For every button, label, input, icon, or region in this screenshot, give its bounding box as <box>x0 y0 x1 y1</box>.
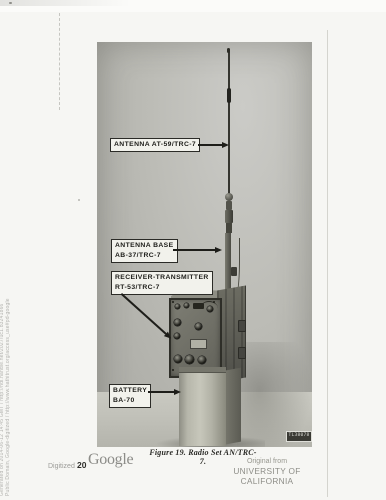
panel-knob <box>174 355 182 363</box>
side-latch <box>238 347 246 359</box>
antenna-tip <box>227 48 230 53</box>
panel-knob <box>195 323 202 330</box>
arrowhead-icon <box>222 142 229 148</box>
scan-speck <box>78 199 80 201</box>
margin-metadata-rights: Public Domain, Google-digitized / http:/… <box>5 298 11 496</box>
radio-front-panel <box>169 298 222 378</box>
scan-smudge <box>0 0 130 6</box>
scan-speck <box>9 2 12 4</box>
antenna-rod <box>228 52 230 196</box>
label-battery: BATTERY BA-70 <box>109 384 151 408</box>
scan-fold-line <box>59 13 60 110</box>
label-antenna-line1: ANTENNA AT-59/TRC-7 <box>114 140 196 150</box>
antenna-fitting <box>231 267 237 276</box>
panel-knob <box>174 319 181 326</box>
label-antenna-base: ANTENNA BASE AB-37/TRC-7 <box>111 239 178 263</box>
original-from-text: Original from <box>208 458 326 465</box>
page-edge-line <box>327 30 328 497</box>
label-receiver-line2: RT-53/TRC-7 <box>115 283 209 293</box>
battery-side <box>226 368 241 445</box>
label-antenna-base-line1: ANTENNA BASE <box>115 241 174 251</box>
panel-knob <box>198 356 206 364</box>
panel-knob <box>184 303 189 308</box>
label-battery-line1: BATTERY <box>113 386 147 396</box>
label-battery-line2: BA-70 <box>113 396 147 406</box>
label-receiver-transmitter: RECEIVER-TRANSMITTER RT-53/TRC-7 <box>111 271 213 295</box>
panel-screw <box>172 301 174 303</box>
digitized-watermark: Digitized <box>48 463 75 470</box>
arrowhead-icon <box>174 389 181 395</box>
panel-knob <box>207 306 213 312</box>
photo-id-tag: TL38078 <box>286 431 312 442</box>
panel-label-plate <box>190 339 207 349</box>
google-wordmark: Google <box>88 451 133 469</box>
panel-screw <box>213 301 215 303</box>
panel-screw <box>172 369 174 371</box>
antenna-base-arrow <box>173 249 215 251</box>
battery-arrow <box>148 391 174 393</box>
battery-front <box>179 372 226 446</box>
panel-knob <box>185 355 194 364</box>
label-antenna: ANTENNA AT-59/TRC-7 <box>110 138 200 152</box>
antenna-base-segment <box>226 201 233 210</box>
panel-knob <box>175 304 180 309</box>
antenna-base-segment <box>225 210 233 223</box>
institution-text: UNIVERSITY OF CALIFORNIA <box>208 466 326 486</box>
panel-knob <box>174 333 180 339</box>
arrowhead-icon <box>215 247 222 253</box>
label-receiver-line1: RECEIVER-TRANSMITTER <box>115 273 209 283</box>
antenna-base-segment <box>226 223 233 233</box>
antenna-base-knob <box>225 193 233 201</box>
page-number: 20 <box>77 460 86 470</box>
label-antenna-base-line2: AB-37/TRC-7 <box>115 251 174 261</box>
antenna-arrow <box>198 144 222 146</box>
antenna-sleeve <box>227 88 232 103</box>
provenance-credit: Original from UNIVERSITY OF CALIFORNIA <box>208 458 326 486</box>
side-latch <box>238 320 246 332</box>
